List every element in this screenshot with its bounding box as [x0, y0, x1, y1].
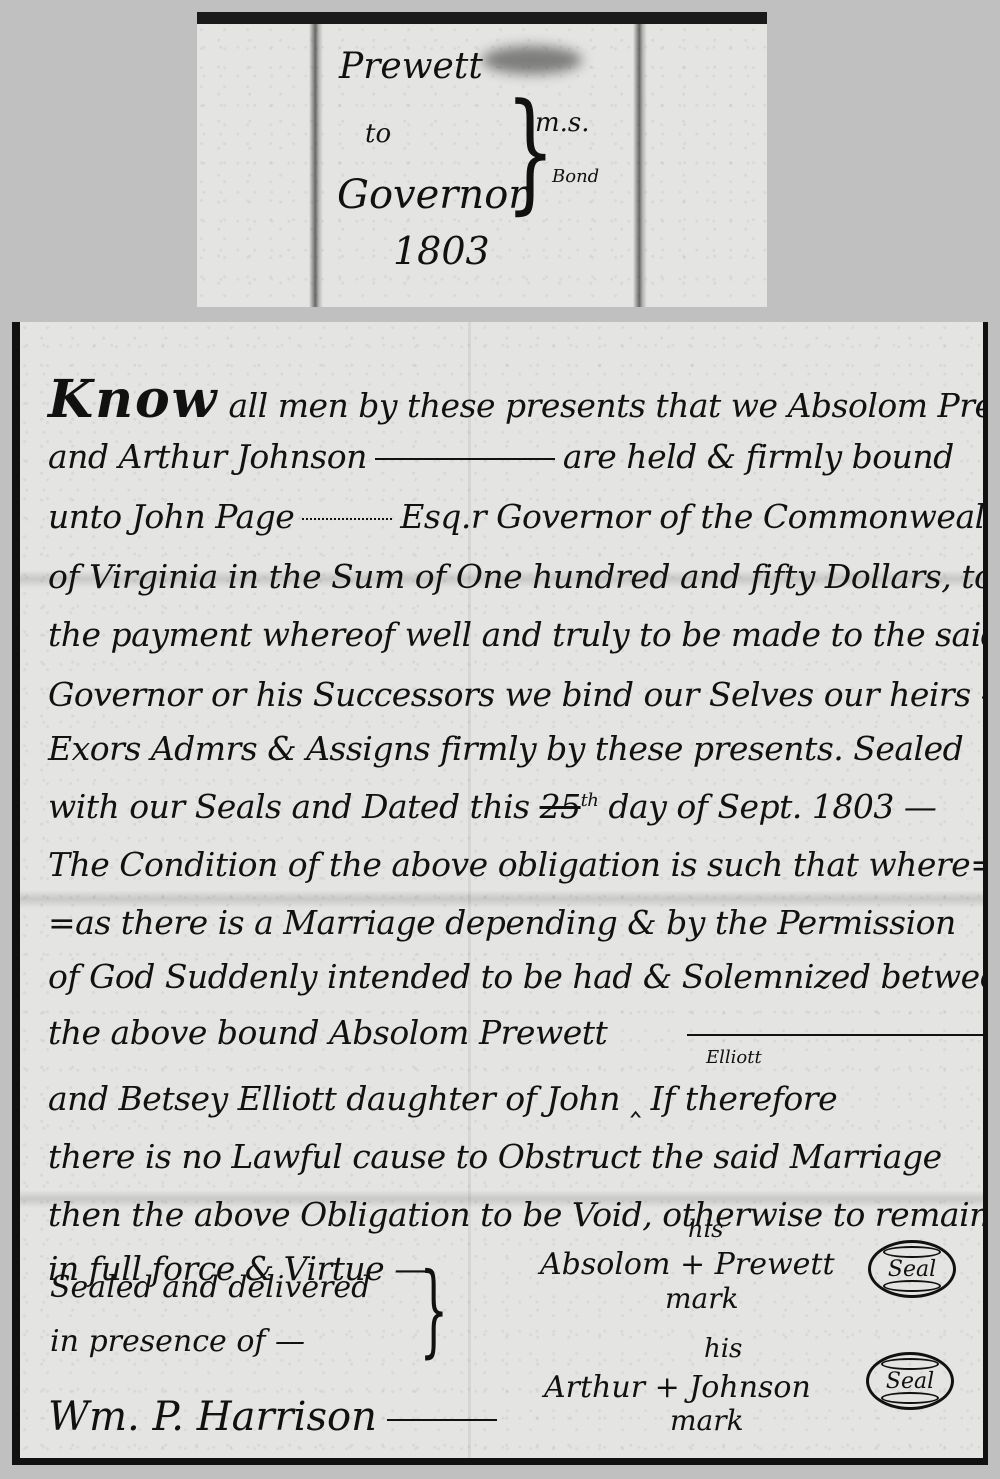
- signature-mark: mark: [670, 1404, 744, 1437]
- mark-cross-icon: +: [655, 1370, 680, 1405]
- bond-line: Exors Admrs & Assigns firmly by these pr…: [48, 732, 965, 765]
- bond-line: with our Seals and Dated this 25th day o…: [48, 790, 965, 823]
- witness-line-2: in presence of —: [50, 1324, 305, 1359]
- bond-line: unto John PageEsq.r Governor of the Comm…: [48, 500, 965, 533]
- docket-name: Prewett: [339, 46, 483, 87]
- bond-day: 25: [540, 787, 581, 826]
- signature-arthur-johnson: Arthur + Johnson: [544, 1370, 811, 1405]
- brace-icon: }: [419, 1260, 448, 1360]
- docket-annotation-ms: m.s.: [535, 108, 590, 138]
- bond-line: of God Suddenly intended to be had & Sol…: [48, 960, 965, 993]
- fold-shadow: [633, 24, 647, 307]
- bond-line: the payment whereof well and truly to be…: [48, 618, 965, 651]
- signature-flourish: [387, 1419, 497, 1421]
- bond-line: and Arthur Johnsonare held & firmly boun…: [48, 440, 965, 473]
- bond-line: Know all men by these presents that we A…: [48, 374, 965, 426]
- docket-year: 1803: [393, 229, 490, 273]
- bond-line: Governor or his Successors we bind our S…: [48, 678, 965, 711]
- docket-addressee: Governor: [337, 172, 527, 218]
- bond-line: of Virginia in the Sum of One hundred an…: [48, 560, 965, 593]
- docket-panel: Prewett to Governor 1803 } m.s. Bond: [197, 12, 767, 307]
- signature-absolom-prewett: Absolom + Prewett: [540, 1247, 835, 1282]
- witness-signature: Wm. P. Harrison: [48, 1394, 497, 1440]
- docket-annotation-bond: Bond: [552, 166, 599, 187]
- filler-dash: [302, 518, 392, 520]
- bond-line: and Betsey Elliott daughter of John ‸ If…: [48, 1082, 965, 1115]
- seal-icon: Seal: [868, 1240, 956, 1298]
- bond-line: =as there is a Marriage depending & by t…: [48, 906, 965, 939]
- signature-mark: mark: [665, 1282, 739, 1315]
- bond-condition-line: The Condition of the above obligation is…: [48, 848, 965, 881]
- signature-his: his: [688, 1215, 723, 1243]
- paper-fold: [468, 322, 471, 1458]
- marriage-bond-page: Know all men by these presents that we A…: [12, 322, 988, 1465]
- fold-shadow: [309, 24, 323, 307]
- filler-dash: [375, 458, 555, 460]
- mark-cross-icon: +: [680, 1247, 705, 1282]
- bond-line: there is no Lawful cause to Obstruct the…: [48, 1140, 965, 1173]
- interlineation: Elliott: [706, 1047, 762, 1068]
- signature-his: his: [704, 1334, 742, 1364]
- ink-smudge: [482, 46, 582, 74]
- bond-line: then the above Obligation to be Void, ot…: [48, 1198, 965, 1231]
- bond-line: the above bound Absolom Prewett: [48, 1016, 965, 1049]
- filler-dash: [687, 1034, 988, 1036]
- docket-to: to: [365, 119, 391, 149]
- opening-word: Know: [48, 369, 218, 430]
- witness-line-1: Sealed and delivered: [50, 1270, 370, 1305]
- seal-icon: Seal: [866, 1352, 954, 1410]
- brace-icon: }: [506, 86, 556, 216]
